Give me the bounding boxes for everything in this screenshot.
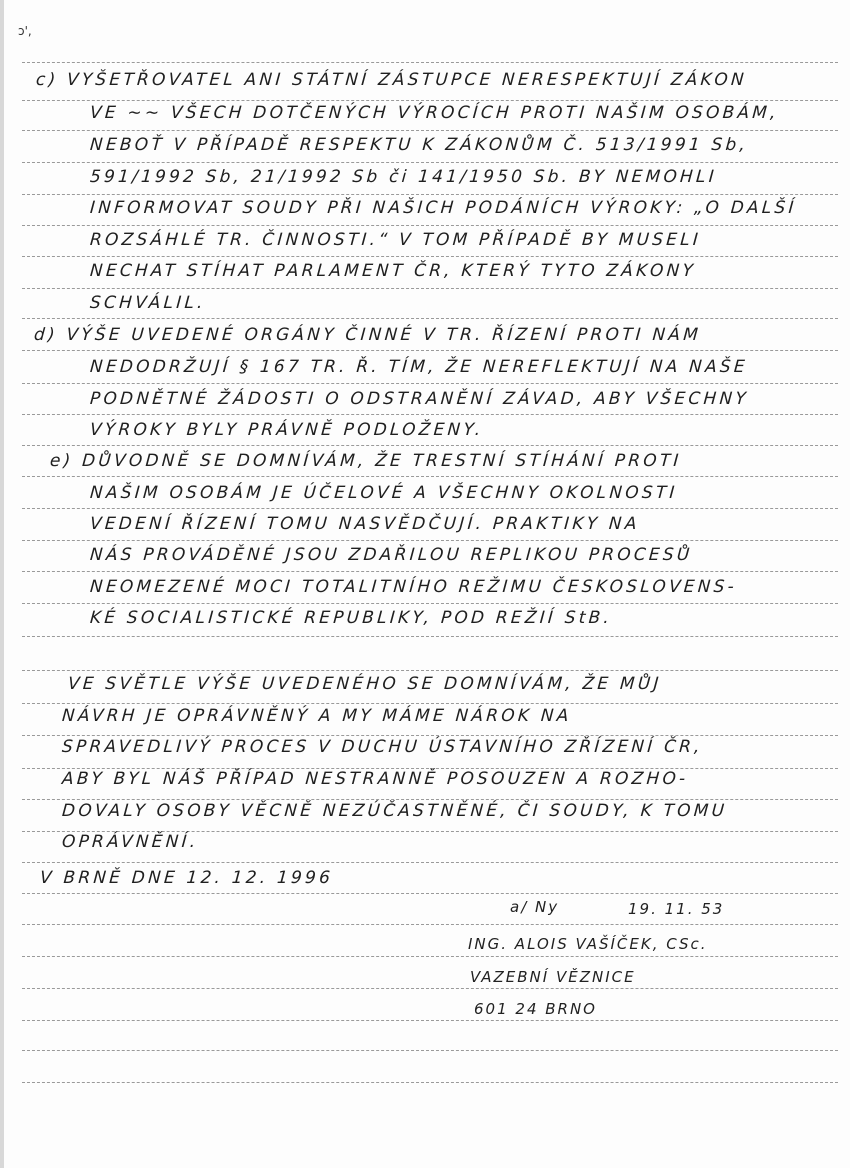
handwritten-line: PODNĚTNÉ ŽÁDOSTI O ODSTRANĚNÍ ZÁVAD, ABY…: [89, 389, 749, 409]
handwritten-line: NEDODRŽUJÍ § 167 TR. Ř. TÍM, ŽE NEREFLEK…: [89, 357, 748, 377]
handwritten-line: ABY BYL NÁŠ PŘÍPAD NESTRANNĚ POSOUZEN A …: [61, 769, 689, 789]
signer-name: ING. ALOIS VAŠÍČEK, CSc.: [468, 935, 708, 953]
ruled-line: [22, 862, 838, 863]
ruled-line: [22, 414, 838, 415]
ruled-line: [22, 988, 838, 989]
handwritten-line: DOVALY OSOBY VĚCNĚ NEZÚČASTNĚNÉ, ČI SOUD…: [61, 801, 728, 821]
corner-mark: ɔ',: [18, 24, 32, 38]
handwritten-line: 591/1992 Sb, 21/1992 Sb či 141/1950 Sb. …: [89, 167, 717, 187]
ruled-line: [22, 893, 838, 894]
handwritten-line: ROZSÁHLÉ TR. ČINNOSTI.“ V TOM PŘÍPADĚ BY…: [89, 230, 701, 250]
ruled-line: [22, 703, 838, 704]
ruled-line: [22, 1050, 838, 1051]
handwritten-line: NÁS PROVÁDĚNÉ JSOU ZDAŘILOU REPLIKOU PRO…: [89, 545, 693, 565]
scanned-page: ɔ', c) VYŠETŘOVATEL ANI STÁTNÍ ZÁSTUPCE …: [0, 0, 850, 1168]
handwritten-line: OPRÁVNĚNÍ.: [61, 832, 199, 852]
ruled-line: [22, 1082, 838, 1083]
handwritten-line: KÉ SOCIALISTICKÉ REPUBLIKY, POD REŽIÍ St…: [89, 608, 612, 628]
ruled-line: [22, 225, 838, 226]
handwritten-line: V BRNĚ DNE 12. 12. 1996: [39, 868, 333, 888]
handwritten-line: NECHAT STÍHAT PARLAMENT ČR, KTERÝ TYTO Z…: [89, 261, 696, 281]
ruled-line: [22, 571, 838, 572]
scan-edge: [0, 0, 4, 1168]
signature-scribble: a/ Ny: [510, 898, 559, 916]
birth-date: 19. 11. 53: [628, 900, 724, 918]
handwritten-line: VÝROKY BYLY PRÁVNĚ PODLOŽENY.: [89, 420, 484, 440]
signer-address: 601 24 BRNO: [474, 1000, 597, 1018]
ruled-line: [22, 288, 838, 289]
handwritten-line: NÁVRH JE OPRÁVNĚNÝ A MY MÁME NÁROK NA: [61, 706, 572, 726]
ruled-line: [22, 130, 838, 131]
handwritten-line: SCHVÁLIL.: [89, 293, 206, 313]
ruled-line: [22, 194, 838, 195]
ruled-line: [22, 62, 838, 63]
ruled-line: [22, 670, 838, 671]
ruled-line: [22, 735, 838, 736]
ruled-line: [22, 318, 838, 319]
ruled-line: [22, 350, 838, 351]
ruled-line: [22, 508, 838, 509]
ruled-line: [22, 924, 838, 925]
handwritten-line: e) DŮVODNĚ SE DOMNÍVÁM, ŽE TRESTNÍ STÍHÁ…: [49, 451, 682, 471]
ruled-line: [22, 383, 838, 384]
ruled-line: [22, 162, 838, 163]
ruled-line: [22, 256, 838, 257]
handwritten-line: NEBOŤ V PŘÍPADĚ RESPEKTU K ZÁKONŮM Č. 51…: [89, 135, 748, 155]
ruled-line: [22, 636, 838, 637]
ruled-line: [22, 603, 838, 604]
handwritten-line: SPRAVEDLIVÝ PROCES V DUCHU ÚSTAVNÍHO ZŘÍ…: [61, 737, 703, 757]
signer-institution: VAZEBNÍ VĚZNICE: [470, 968, 636, 986]
handwritten-line: c) VYŠETŘOVATEL ANI STÁTNÍ ZÁSTUPCE NERE…: [35, 70, 747, 90]
handwritten-line: INFORMOVAT SOUDY PŘI NAŠICH PODÁNÍCH VÝR…: [89, 198, 797, 218]
ruled-line: [22, 445, 838, 446]
ruled-line: [22, 956, 838, 957]
handwritten-line: NAŠIM OSOBÁM JE ÚČELOVÉ A VŠECHNY OKOLNO…: [89, 483, 678, 503]
handwritten-line: NEOMEZENÉ MOCI TOTALITNÍHO REŽIMU ČESKOS…: [89, 577, 737, 597]
ruled-line: [22, 1020, 838, 1021]
handwritten-line: d) VÝŠE UVEDENÉ ORGÁNY ČINNÉ V TR. ŘÍZEN…: [33, 325, 701, 345]
handwritten-line: VEDENÍ ŘÍZENÍ TOMU NASVĚDČUJÍ. PRAKTIKY …: [89, 514, 640, 534]
handwritten-line: VE ~~ VŠECH DOTČENÝCH VÝROCÍCH PROTI NAŠ…: [89, 103, 779, 123]
ruled-line: [22, 540, 838, 541]
handwritten-line: VE SVĚTLE VÝŠE UVEDENÉHO SE DOMNÍVÁM, ŽE…: [67, 674, 662, 694]
ruled-line: [22, 476, 838, 477]
ruled-line: [22, 799, 838, 800]
ruled-line: [22, 100, 838, 101]
